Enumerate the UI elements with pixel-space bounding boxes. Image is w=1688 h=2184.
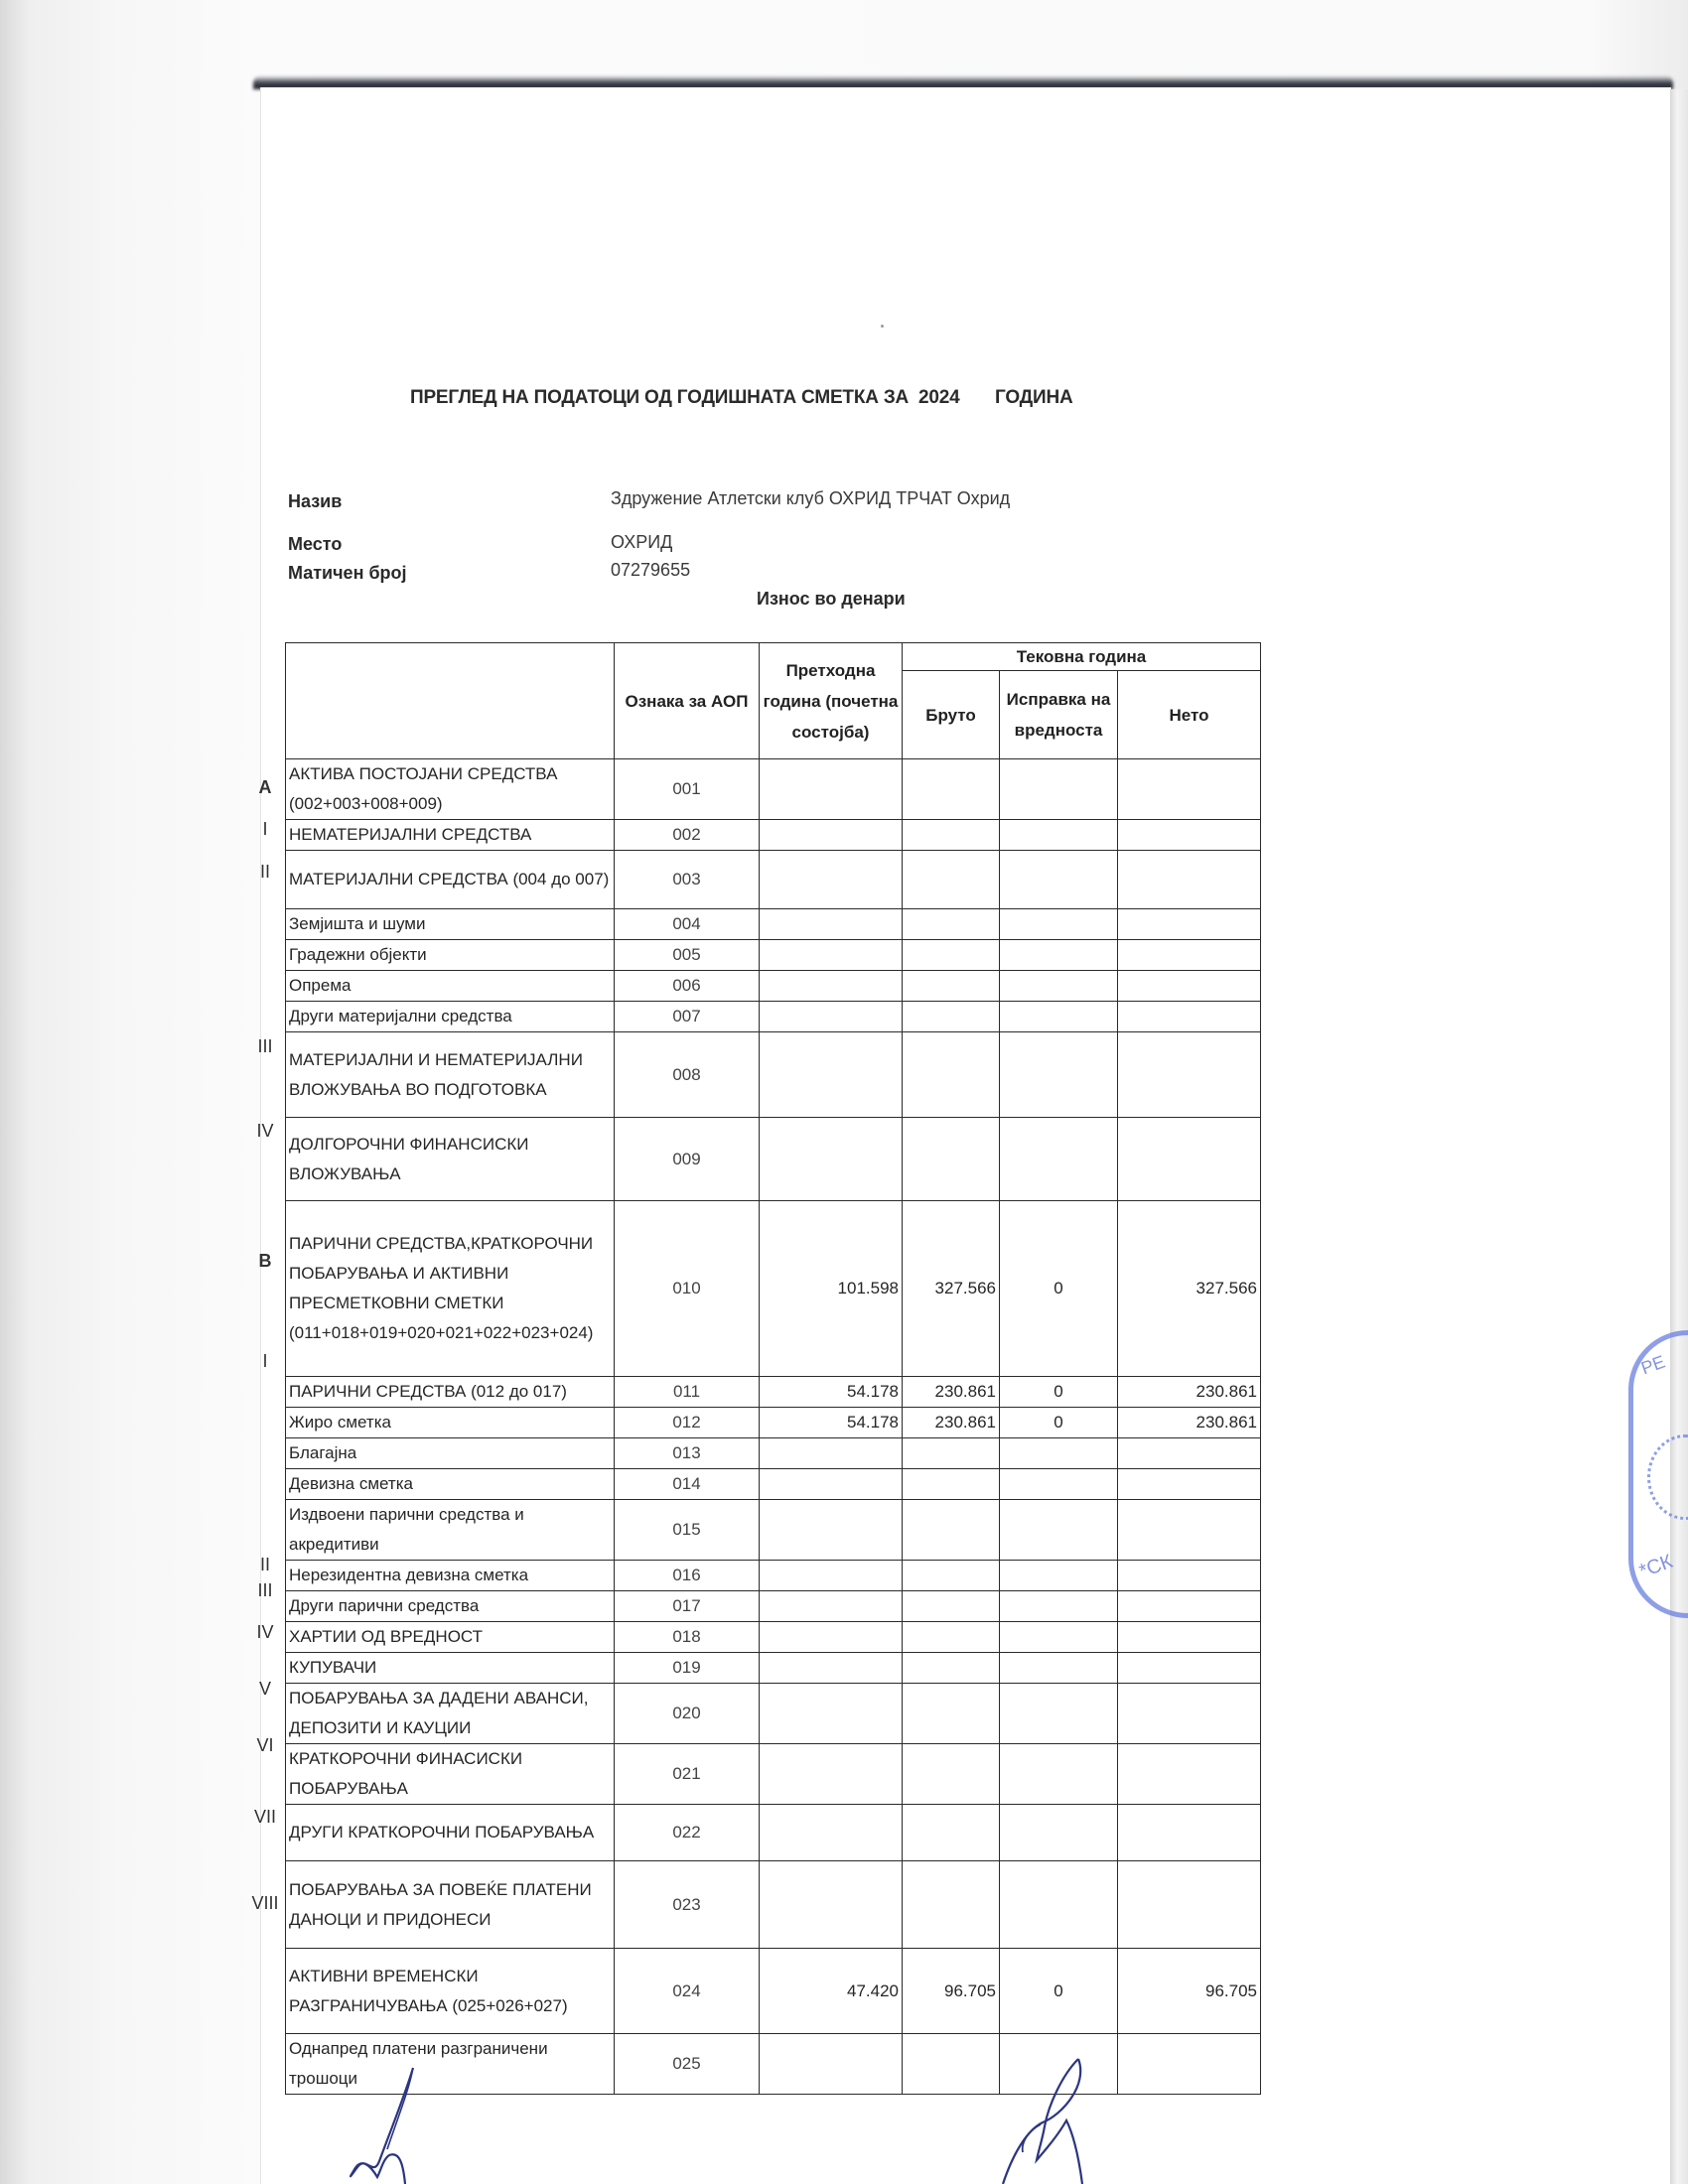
table-row: ПАРИЧНИ СРЕДСТВА,КРАТКОРОЧНИ ПОБАРУВАЊА … [286,1201,1261,1377]
row-correction [1000,940,1118,971]
row-correction [1000,971,1118,1002]
title-text: ПРЕГЛЕД НА ПОДАТОЦИ ОД ГОДИШНАТА СМЕТКА … [410,387,909,408]
row-description: Градежни објекти [286,940,615,971]
row-net [1118,971,1261,1002]
row-description: Други материјални средства [286,1002,615,1032]
row-aop-code: 004 [615,909,760,940]
row-previous-year: 47.420 [760,1949,903,2034]
row-section-mark: А [250,777,280,798]
row-section-mark: VI [250,1735,280,1756]
table-row: Нерезидентна девизна сметка016 [286,1561,1261,1591]
row-gross [903,1744,1000,1805]
row-previous-year [760,1438,903,1469]
row-description: ДРУГИ КРАТКОРОЧНИ ПОБАРУВАЊА [286,1805,615,1861]
row-correction [1000,1032,1118,1118]
row-gross [903,2034,1000,2095]
row-gross: 230.861 [903,1377,1000,1408]
table-row: Девизна сметка014 [286,1469,1261,1500]
row-previous-year [760,851,903,909]
official-stamp: РЕ *СК [1628,1330,1688,1618]
row-correction: 0 [1000,1377,1118,1408]
title-year: 2024 [918,387,959,409]
table-row: Опрема006 [286,971,1261,1002]
row-aop-code: 003 [615,851,760,909]
row-gross: 96.705 [903,1949,1000,2034]
reg-number-label: Матичен број [288,563,407,584]
row-net: 327.566 [1118,1201,1261,1377]
row-gross: 230.861 [903,1408,1000,1438]
row-previous-year [760,1744,903,1805]
row-previous-year [760,1469,903,1500]
row-gross [903,1500,1000,1561]
row-gross [903,1622,1000,1653]
row-aop-code: 025 [615,2034,760,2095]
header-description [286,643,615,759]
header-aop: Ознака за АОП [615,643,760,759]
row-correction [1000,851,1118,909]
row-description: Издвоени парични средства и акредитиви [286,1500,615,1561]
row-net: 96.705 [1118,1949,1261,2034]
table-row: Градежни објекти005 [286,940,1261,971]
row-previous-year [760,1561,903,1591]
row-previous-year [760,1591,903,1622]
row-aop-code: 007 [615,1002,760,1032]
row-aop-code: 019 [615,1653,760,1684]
table-row: ПАРИЧНИ СРЕДСТВА (012 до 017)01154.17823… [286,1377,1261,1408]
row-section-mark: I [250,819,280,840]
row-aop-code: 012 [615,1408,760,1438]
row-previous-year [760,1861,903,1949]
signature-left-icon [318,2060,437,2184]
row-section-mark: III [250,1580,280,1601]
row-description: НЕМАТЕРИЈАЛНИ СРЕДСТВА [286,820,615,851]
row-net [1118,2034,1261,2095]
table-row: Други парични средства017 [286,1591,1261,1622]
row-net [1118,1500,1261,1561]
table-row: ПОБАРУВАЊА ЗА ПОВЕЌЕ ПЛАТЕНИ ДАНОЦИ И ПР… [286,1861,1261,1949]
row-gross [903,1591,1000,1622]
row-net [1118,851,1261,909]
row-section-mark: III [250,1036,280,1057]
row-previous-year [760,971,903,1002]
row-net [1118,909,1261,940]
table-row: МАТЕРИЈАЛНИ И НЕМАТЕРИЈАЛНИ ВЛОЖУВАЊА ВО… [286,1032,1261,1118]
row-description: АКТИВНИ ВРЕМЕНСКИ РАЗГРАНИЧУВАЊА (025+02… [286,1949,615,2034]
row-aop-code: 005 [615,940,760,971]
row-section-mark: II [250,1555,280,1575]
row-previous-year [760,1032,903,1118]
row-aop-code: 006 [615,971,760,1002]
row-aop-code: 008 [615,1032,760,1118]
row-previous-year [760,820,903,851]
table-row: Други материјални средства007 [286,1002,1261,1032]
row-gross: 327.566 [903,1201,1000,1377]
row-previous-year [760,1622,903,1653]
row-gross [903,1805,1000,1861]
row-previous-year [760,759,903,820]
place-label: Место [288,534,342,555]
row-net [1118,1032,1261,1118]
row-gross [903,1561,1000,1591]
table-row: АКТИВА ПОСТОЈАНИ СРЕДСТВА (002+003+008+0… [286,759,1261,820]
row-description: Земјишта и шуми [286,909,615,940]
row-section-mark: IV [250,1121,280,1142]
row-section-mark: IV [250,1622,280,1643]
row-section-mark: I [250,1351,280,1372]
row-aop-code: 020 [615,1684,760,1744]
stamp-emblem-icon [1647,1434,1688,1520]
row-correction: 0 [1000,1949,1118,2034]
row-previous-year [760,2034,903,2095]
name-value: Здружение Атлетски клуб ОХРИД ТРЧАТ Охри… [611,488,1010,509]
row-net [1118,759,1261,820]
row-net [1118,1469,1261,1500]
reg-number-value: 07279655 [611,560,690,581]
row-description: КРАТКОРОЧНИ ФИНАСИСКИ ПОБАРУВАЊА [286,1744,615,1805]
row-gross [903,971,1000,1002]
table-row: ХАРТИИ ОД ВРЕДНОСТ018 [286,1622,1261,1653]
row-gross [903,759,1000,820]
row-section-mark: V [250,1679,280,1700]
row-aop-code: 022 [615,1805,760,1861]
row-previous-year [760,1684,903,1744]
table-row: Благајна013 [286,1438,1261,1469]
table-row: АКТИВНИ ВРЕМЕНСКИ РАЗГРАНИЧУВАЊА (025+02… [286,1949,1261,2034]
row-aop-code: 011 [615,1377,760,1408]
table-row: МАТЕРИЈАЛНИ СРЕДСТВА (004 до 007)003 [286,851,1261,909]
header-gross: Бруто [903,671,1000,759]
row-gross [903,851,1000,909]
row-correction [1000,820,1118,851]
row-correction [1000,1805,1118,1861]
row-correction [1000,1500,1118,1561]
row-previous-year: 54.178 [760,1377,903,1408]
row-gross [903,1032,1000,1118]
row-aop-code: 017 [615,1591,760,1622]
table-row: КУПУВАЧИ019 [286,1653,1261,1684]
row-correction [1000,1744,1118,1805]
row-aop-code: 009 [615,1118,760,1201]
row-gross [903,1684,1000,1744]
name-label: Назив [288,491,342,512]
row-correction [1000,1591,1118,1622]
row-previous-year [760,1002,903,1032]
row-previous-year [760,1805,903,1861]
row-aop-code: 001 [615,759,760,820]
table-row: ДРУГИ КРАТКОРОЧНИ ПОБАРУВАЊА022 [286,1805,1261,1861]
stamp-text-bottom: *СК [1636,1551,1676,1583]
row-aop-code: 016 [615,1561,760,1591]
row-net [1118,1591,1261,1622]
row-correction: 0 [1000,1201,1118,1377]
row-gross [903,820,1000,851]
row-description: КУПУВАЧИ [286,1653,615,1684]
row-net [1118,1684,1261,1744]
sheet-stack-edge [1670,89,1688,2184]
row-correction [1000,1861,1118,1949]
row-correction [1000,1653,1118,1684]
row-net: 230.861 [1118,1377,1261,1408]
row-description: Опрема [286,971,615,1002]
header-correction: Исправка на вредноста [1000,671,1118,759]
row-aop-code: 024 [615,1949,760,2034]
row-gross [903,1118,1000,1201]
row-aop-code: 023 [615,1861,760,1949]
row-correction [1000,1684,1118,1744]
row-gross [903,940,1000,971]
row-correction [1000,1469,1118,1500]
row-correction [1000,759,1118,820]
row-net [1118,820,1261,851]
row-gross [903,1438,1000,1469]
balance-sheet-table: Ознака за АОП Претходна година (почетна … [285,642,1261,2095]
table-row: КРАТКОРОЧНИ ФИНАСИСКИ ПОБАРУВАЊА021 [286,1744,1261,1805]
row-description: ДОЛГОРОЧНИ ФИНАНСИСКИ ВЛОЖУВАЊА [286,1118,615,1201]
row-gross [903,1653,1000,1684]
row-aop-code: 010 [615,1201,760,1377]
scan-speck [881,325,884,328]
row-gross [903,1002,1000,1032]
row-previous-year [760,909,903,940]
row-correction [1000,1622,1118,1653]
title-suffix: ГОДИНА [995,387,1072,409]
row-net [1118,1861,1261,1949]
table-row: НЕМАТЕРИЈАЛНИ СРЕДСТВА002 [286,820,1261,851]
row-net [1118,1118,1261,1201]
row-aop-code: 018 [615,1622,760,1653]
row-correction [1000,1438,1118,1469]
row-description: ПОБАРУВАЊА ЗА ПОВЕЌЕ ПЛАТЕНИ ДАНОЦИ И ПР… [286,1861,615,1949]
row-net: 230.861 [1118,1408,1261,1438]
row-previous-year: 54.178 [760,1408,903,1438]
row-section-mark: В [250,1251,280,1272]
row-net [1118,940,1261,971]
row-net [1118,1744,1261,1805]
row-aop-code: 021 [615,1744,760,1805]
row-aop-code: 014 [615,1469,760,1500]
row-gross [903,1469,1000,1500]
row-correction [1000,1118,1118,1201]
row-previous-year: 101.598 [760,1201,903,1377]
row-section-mark: VIII [250,1893,280,1914]
row-description: ПОБАРУВАЊА ЗА ДАДЕНИ АВАНСИ, ДЕПОЗИТИ И … [286,1684,615,1744]
row-correction [1000,1002,1118,1032]
header-current-year: Тековна година [903,643,1261,671]
document-title: ПРЕГЛЕД НА ПОДАТОЦИ ОД ГОДИШНАТА СМЕТКА … [410,387,909,409]
row-gross [903,909,1000,940]
row-description: ПАРИЧНИ СРЕДСТВА (012 до 017) [286,1377,615,1408]
place-value: ОХРИД [611,532,672,553]
signature-right-icon [993,2055,1112,2184]
header-net: Нето [1118,671,1261,759]
row-net [1118,1653,1261,1684]
row-description: ХАРТИИ ОД ВРЕДНОСТ [286,1622,615,1653]
table-row: Земјишта и шуми004 [286,909,1261,940]
row-previous-year [760,1653,903,1684]
table-row: Издвоени парични средства и акредитиви01… [286,1500,1261,1561]
row-description: Нерезидентна девизна сметка [286,1561,615,1591]
row-description: АКТИВА ПОСТОЈАНИ СРЕДСТВА (002+003+008+0… [286,759,615,820]
row-gross [903,1861,1000,1949]
row-previous-year [760,940,903,971]
row-description: ПАРИЧНИ СРЕДСТВА,КРАТКОРОЧНИ ПОБАРУВАЊА … [286,1201,615,1377]
row-section-mark: VII [250,1807,280,1828]
row-description: Девизна сметка [286,1469,615,1500]
row-description: МАТЕРИЈАЛНИ И НЕМАТЕРИЈАЛНИ ВЛОЖУВАЊА ВО… [286,1032,615,1118]
row-correction [1000,1561,1118,1591]
row-description: Други парични средства [286,1591,615,1622]
row-net [1118,1002,1261,1032]
row-section-mark: II [250,862,280,883]
row-aop-code: 002 [615,820,760,851]
row-net [1118,1622,1261,1653]
row-previous-year [760,1500,903,1561]
row-net [1118,1805,1261,1861]
amount-currency-note: Износ во денари [757,589,906,610]
row-description: Благајна [286,1438,615,1469]
row-description: МАТЕРИЈАЛНИ СРЕДСТВА (004 до 007) [286,851,615,909]
row-previous-year [760,1118,903,1201]
row-aop-code: 015 [615,1500,760,1561]
row-correction: 0 [1000,1408,1118,1438]
row-correction [1000,909,1118,940]
row-net [1118,1561,1261,1591]
row-aop-code: 013 [615,1438,760,1469]
table-row: ДОЛГОРОЧНИ ФИНАНСИСКИ ВЛОЖУВАЊА009 [286,1118,1261,1201]
table-row: ПОБАРУВАЊА ЗА ДАДЕНИ АВАНСИ, ДЕПОЗИТИ И … [286,1684,1261,1744]
header-previous-year: Претходна година (почетна состојба) [760,643,903,759]
table-row: Жиро сметка01254.178230.8610230.861 [286,1408,1261,1438]
row-net [1118,1438,1261,1469]
row-description: Жиро сметка [286,1408,615,1438]
stamp-text-top: РЕ [1638,1352,1668,1380]
